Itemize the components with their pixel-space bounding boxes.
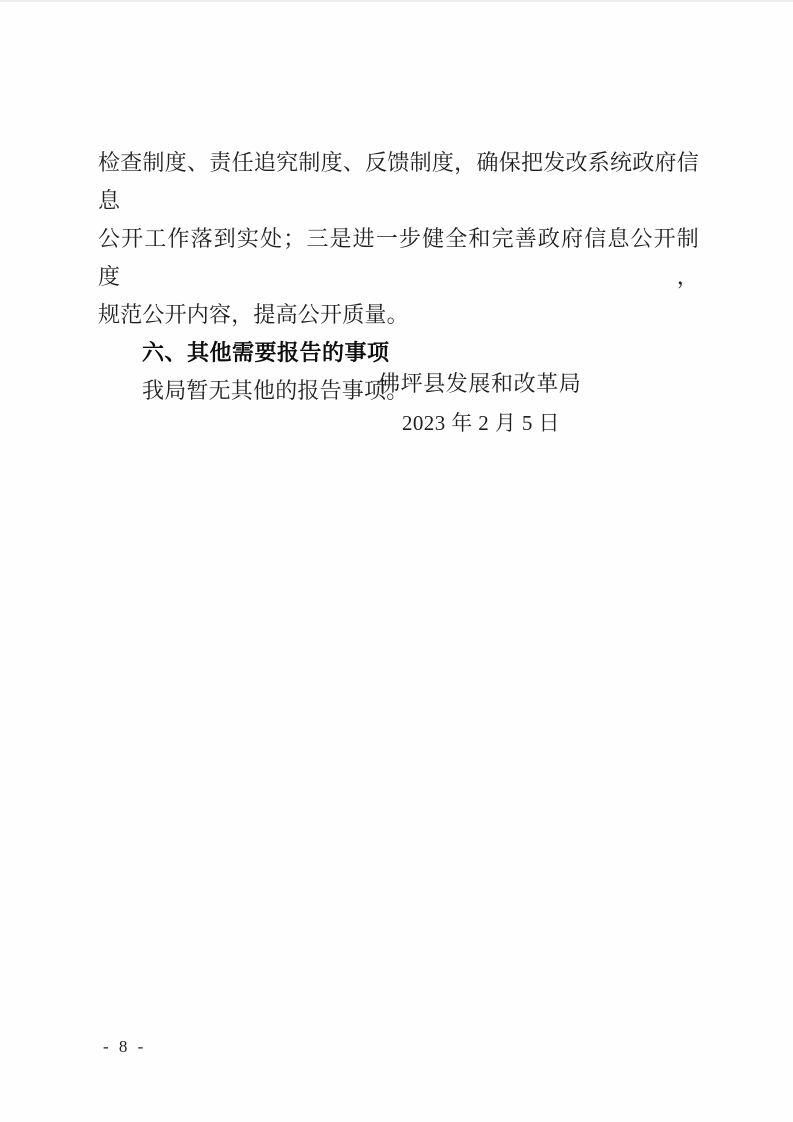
- paragraph-line-2: 公开工作落到实处；三是进一步健全和完善政府信息公开制度，: [98, 220, 699, 296]
- paragraph-line-1: 检查制度、责任追究制度、反馈制度，确保把发改系统政府信息: [98, 144, 699, 220]
- page-number: - 8 -: [103, 1036, 146, 1058]
- signature-date: 2023 年 2 月 5 日: [402, 404, 560, 442]
- paragraph-line-3: 规范公开内容，提高公开质量。: [98, 296, 699, 334]
- scan-edge-top: [0, 0, 793, 2]
- document-page: 检查制度、责任追究制度、反馈制度，确保把发改系统政府信息 公开工作落到实处；三是…: [0, 0, 793, 1122]
- signature-organization: 佛坪县发展和改革局: [378, 365, 581, 403]
